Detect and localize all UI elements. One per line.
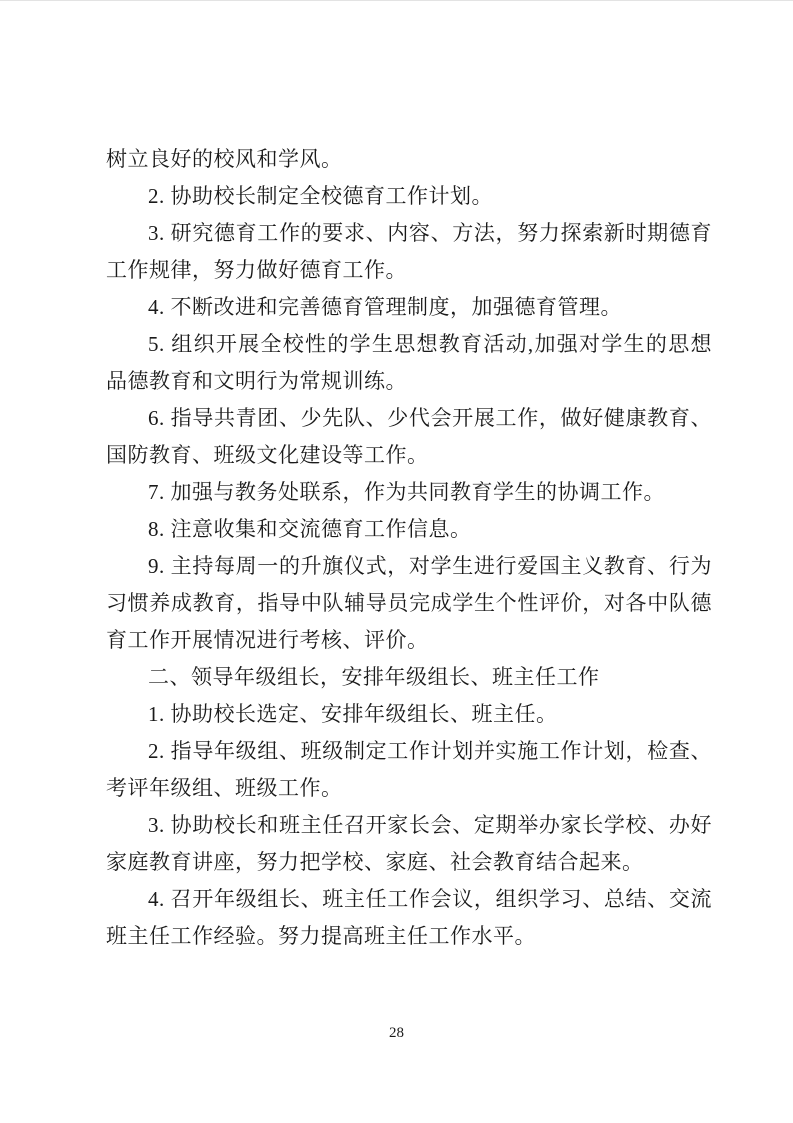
paragraph: 6. 指导共青团、少先队、少代会开展工作，做好健康教育、国防教育、班级文化建设等… (106, 400, 712, 474)
paragraph: 3. 研究德育工作的要求、内容、方法，努力探索新时期德育工作规律，努力做好德育工… (106, 215, 712, 289)
paragraph: 5. 组织开展全校性的学生思想教育活动,加强对学生的思想品德教育和文明行为常规训… (106, 326, 712, 400)
paragraph: 树立良好的校风和学风。 (106, 141, 712, 178)
paragraph: 4. 召开年级组长、班主任工作会议，组织学习、总结、交流班主任工作经验。努力提高… (106, 881, 712, 955)
document-page: 树立良好的校风和学风。2. 协助校长制定全校德育工作计划。3. 研究德育工作的要… (0, 0, 793, 1123)
paragraph: 2. 指导年级组、班级制定工作计划并实施工作计划，检查、考评年级组、班级工作。 (106, 733, 712, 807)
paragraph: 4. 不断改进和完善德育管理制度，加强德育管理。 (106, 289, 712, 326)
document-body: 树立良好的校风和学风。2. 协助校长制定全校德育工作计划。3. 研究德育工作的要… (106, 141, 712, 955)
page-number: 28 (0, 1023, 793, 1043)
paragraph: 1. 协助校长选定、安排年级组长、班主任。 (106, 696, 712, 733)
paragraph: 3. 协助校长和班主任召开家长会、定期举办家长学校、办好家庭教育讲座，努力把学校… (106, 807, 712, 881)
paragraph: 二、领导年级组长，安排年级组长、班主任工作 (106, 659, 712, 696)
paragraph: 9. 主持每周一的升旗仪式，对学生进行爱国主义教育、行为习惯养成教育，指导中队辅… (106, 548, 712, 659)
paragraph: 2. 协助校长制定全校德育工作计划。 (106, 178, 712, 215)
paragraph: 8. 注意收集和交流德育工作信息。 (106, 511, 712, 548)
paragraph: 7. 加强与教务处联系，作为共同教育学生的协调工作。 (106, 474, 712, 511)
